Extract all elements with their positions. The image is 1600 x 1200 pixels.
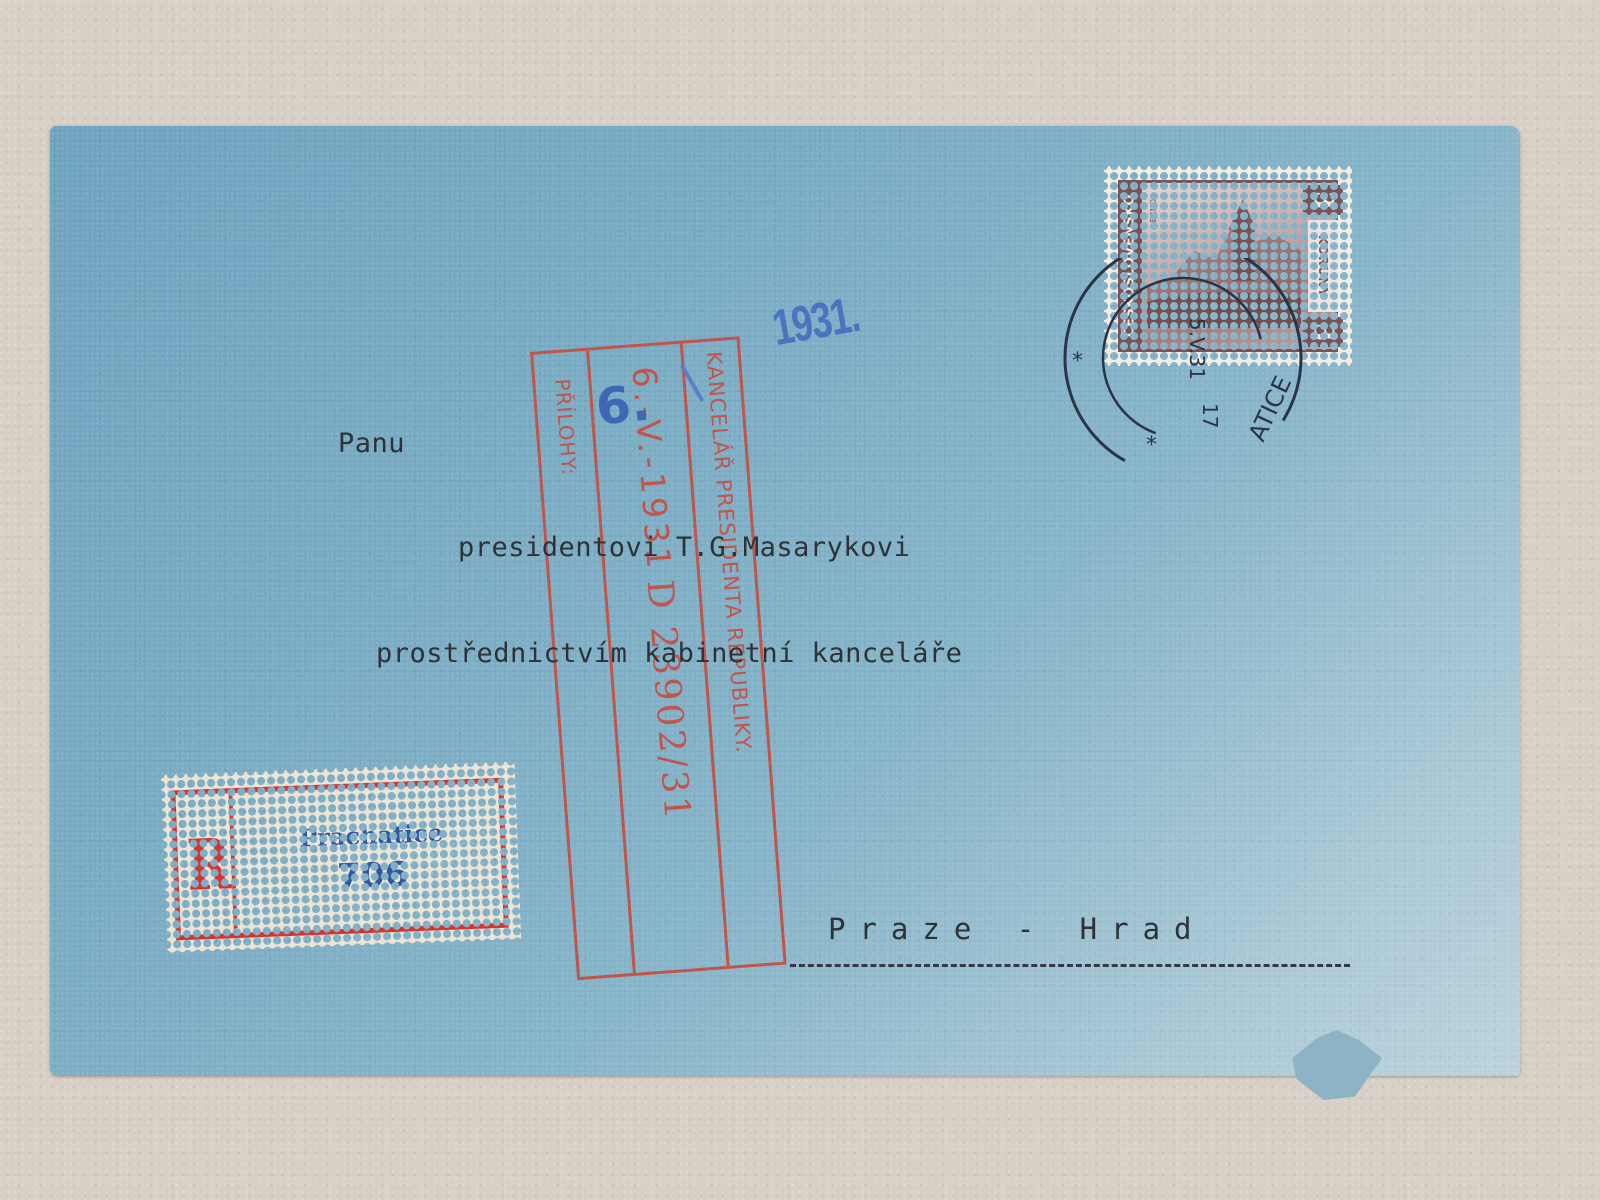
registration-letter: R bbox=[184, 793, 238, 935]
stamp-currency: KORUNY bbox=[1308, 220, 1338, 312]
registry-number: D 23902/31 bbox=[639, 579, 698, 824]
castle-scene-icon bbox=[1147, 191, 1301, 328]
stamp-value-bottom: 3 bbox=[1303, 317, 1343, 347]
address-recipient: presidentovi T.G.Masarykovi bbox=[458, 532, 910, 563]
postage-stamp: ČESKOSLOVENSKO BRNO 3 KORUNY 3 bbox=[1104, 166, 1352, 366]
registration-number: 706 bbox=[336, 854, 408, 897]
address-underline bbox=[790, 964, 1350, 967]
registration-town: Prachatice bbox=[299, 818, 444, 853]
address-destination: Praze - Hrad bbox=[828, 912, 1206, 946]
stamp-value-top: 3 bbox=[1303, 185, 1343, 215]
registration-frame: R Prachatice 706 bbox=[170, 778, 509, 941]
address-via: prostřednictvím kabinetní kanceláře bbox=[376, 638, 962, 669]
address-salutation: Panu bbox=[338, 428, 405, 459]
stamp-frame: ČESKOSLOVENSKO BRNO 3 KORUNY 3 bbox=[1118, 180, 1338, 352]
stamp-country: ČESKOSLOVENSKO bbox=[1118, 180, 1142, 352]
registration-info: Prachatice 706 bbox=[240, 783, 503, 933]
pencil-day: 6. bbox=[593, 373, 653, 436]
registration-label: R Prachatice 706 bbox=[161, 761, 522, 952]
